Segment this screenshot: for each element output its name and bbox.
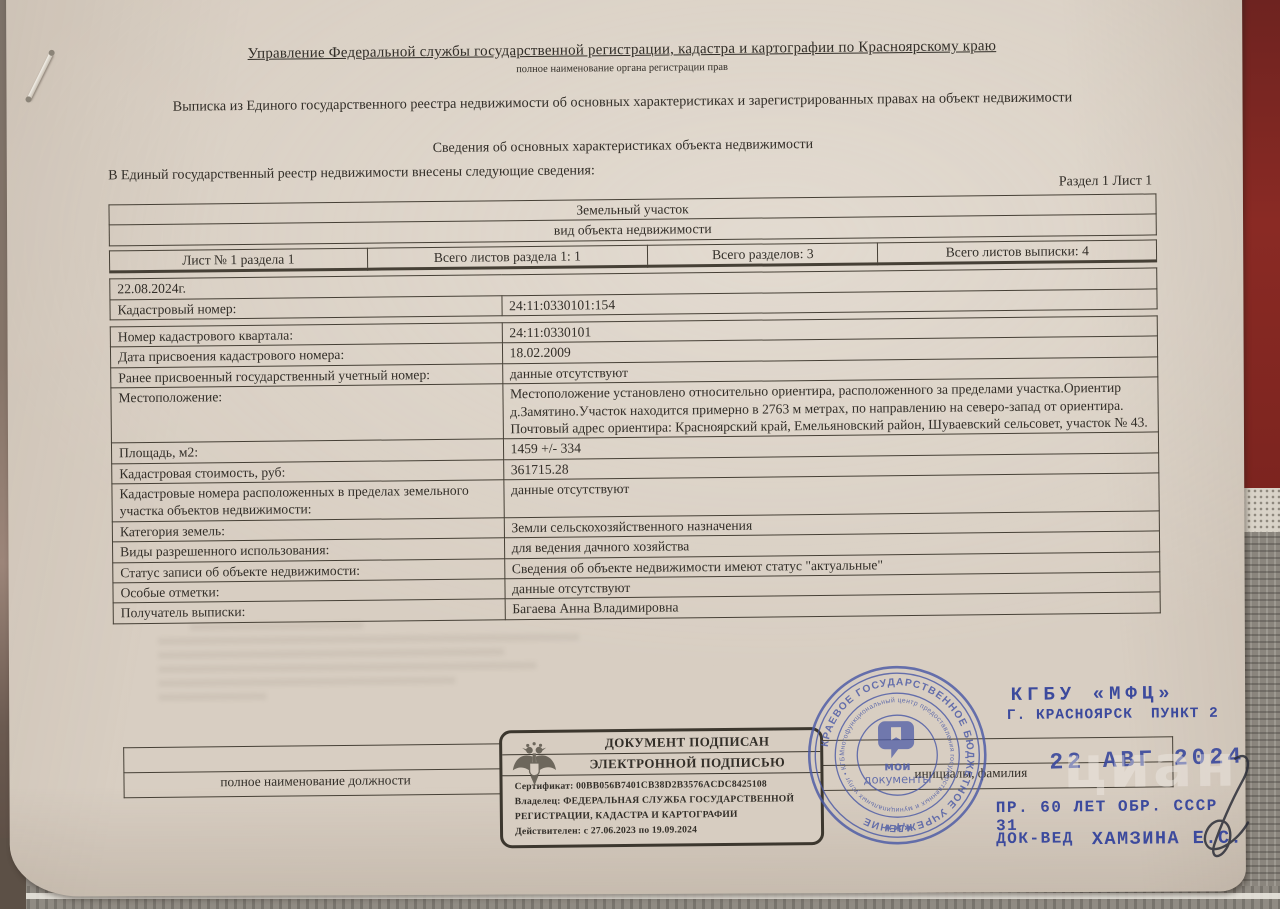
- sheet-info-cell: Всего разделов: 3: [648, 243, 879, 267]
- electronic-signature-stamp: ДОКУМЕНТ ПОДПИСАН ЭЛЕКТРОННОЙ ПОДПИСЬЮ С…: [499, 727, 824, 849]
- row-label: Местоположение:: [111, 384, 503, 443]
- document-sheet: Управление Федеральной службы государств…: [6, 0, 1246, 897]
- mfc-city: Г. КРАСНОЯРСК: [1007, 707, 1133, 724]
- object-type-table: Земельный участок вид объекта недвижимос…: [108, 193, 1156, 246]
- table-row: полное наименование должности: [124, 769, 507, 798]
- sheet-info-cell: Лист № 1 раздела 1: [109, 248, 367, 272]
- cadastral-number-table: 22.08.2024г.Кадастровый номер:24:11:0330…: [109, 268, 1157, 321]
- reverse-side-bleedthrough: [158, 611, 699, 713]
- coat-of-arms-eagle-icon: [510, 738, 559, 796]
- position-caption: полное наименование должности: [124, 769, 507, 798]
- document-title: Выписка из Единого государственного реес…: [99, 89, 1145, 117]
- esign-owner: Владелец: ФЕДЕРАЛЬНАЯ СЛУЖБА ГОСУДАРСТВЕ…: [515, 792, 811, 825]
- seal-stars: ✱ ✱ ✱: [884, 823, 911, 833]
- photo-of-document: Управление Федеральной службы государств…: [0, 0, 1280, 909]
- sheet-info-row: Лист № 1 раздела 1Всего листов раздела 1…: [109, 240, 1156, 272]
- characteristics-table: Номер кадастрового квартала:24:11:033010…: [110, 315, 1161, 624]
- handwritten-signature: [1189, 748, 1262, 869]
- clerk-label: ДОК-ВЕД: [996, 829, 1074, 851]
- section-title: Сведения об основных характеристиках объ…: [100, 134, 1146, 161]
- mfc-round-seal: КРАЕВОЕ ГОСУДАРСТВЕННОЕ БЮДЖЕТНОЕ УЧРЕЖД…: [798, 656, 996, 854]
- mfc-city-stamp: Г. КРАСНОЯРСК ПУНКТ 2: [1007, 706, 1219, 724]
- moi-dokumenty-logo-icon: [878, 721, 914, 758]
- position-signature-box: полное наименование должности: [123, 743, 508, 798]
- main-table-area: Земельный участок вид объекта недвижимос…: [108, 193, 1160, 624]
- row-label: Кадастровые номера расположенных в преде…: [112, 480, 504, 522]
- row-label: Кадастровый номер:: [110, 295, 502, 319]
- seal-logo-line2: документы: [864, 772, 932, 787]
- sheet-info-cell: Всего листов выписки: 4: [878, 240, 1157, 264]
- mfc-point: ПУНКТ 2: [1151, 706, 1219, 723]
- sheet-info-cell: Всего листов раздела 1: 1: [367, 245, 648, 269]
- esign-validity: Действителен: с 27.06.2023 по 19.09.2024: [515, 822, 811, 840]
- staple-mark: [27, 52, 54, 100]
- row-value: Местоположение установлено относительно …: [502, 377, 1158, 439]
- mfc-org-stamp: КГБУ «МФЦ»: [1011, 682, 1175, 706]
- document-content: Управление Федеральной службы государств…: [3, 0, 1248, 900]
